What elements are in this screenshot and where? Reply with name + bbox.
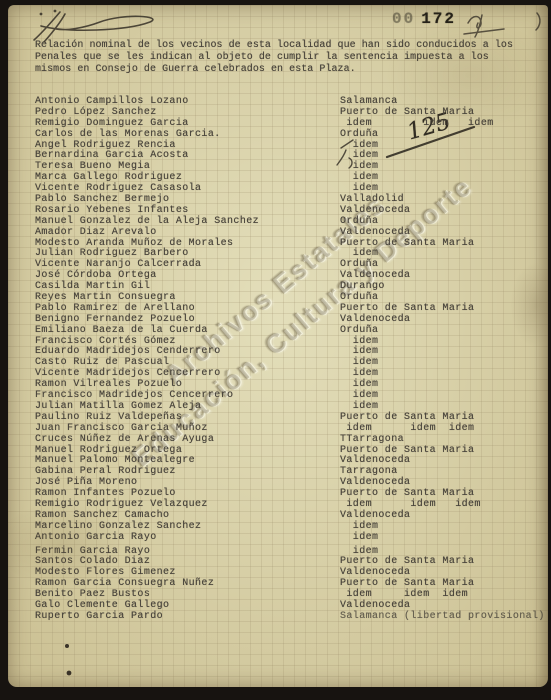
destination-prison: Puerto de Santa Maria: [340, 556, 474, 567]
prisoner-name: Ruperto Garcia Pardo: [35, 611, 163, 622]
prisoner-name: Manuel Rodriguez Ortega: [35, 445, 182, 456]
destination-prison: Valdenoceda: [340, 455, 410, 466]
prisoner-name: Teresa Bueno Megia: [35, 161, 150, 172]
destination-prison: Valladolid: [340, 194, 404, 205]
prisoner-row: Gabina Peral Rodriguez Tarragona: [35, 466, 542, 477]
prisoner-row: Modesto Aranda Muñoz de Morales Puerto d…: [35, 238, 542, 249]
prisoner-name: José Córdoba Ortega: [35, 270, 157, 281]
prisoner-row: José Piña Moreno Valdenoceda: [35, 477, 542, 488]
prisoner-row: Paulino Ruiz Valdepeñas Puerto de Santa …: [35, 412, 542, 423]
prisoner-row: Ramon Infantes Pozuelo Puerto de Santa M…: [35, 488, 542, 499]
prisoner-name: Gabina Peral Rodriguez: [35, 466, 176, 477]
destination-prison: Orduña: [340, 292, 378, 303]
ink-dots: [65, 644, 71, 675]
destination-prison: Durango: [340, 281, 385, 292]
prisoner-name: Francisco Cortés Gómez: [35, 336, 176, 347]
header-line-3: mismos en Consejo de Guerra celebrados e…: [35, 64, 540, 76]
prisoner-row: Marcelino Gonzalez Sanchez idem: [35, 521, 542, 532]
destination-prison: Valdenoceda: [340, 205, 410, 216]
destination-prison: idem idem idem: [340, 423, 474, 434]
destination-prison: idem: [340, 336, 378, 347]
prisoner-row: Julian Matilla Gomez Aleja idem: [35, 401, 542, 412]
header-line-2: Penales que se les indican al objeto de …: [35, 52, 540, 64]
prisoner-row: Manuel Rodriguez Ortega Puerto de Santa …: [35, 445, 542, 456]
destination-prison: Valdenoceda: [340, 227, 410, 238]
prisoner-row: Julian Rodriguez Barbero idem: [35, 248, 542, 259]
prisoner-row: Vicente Rodriguez Casasola idem: [35, 183, 542, 194]
prisoner-name: Casilda Martin Gil: [35, 281, 150, 292]
prisoner-row: Juan Francisco Garcia Muñoz idem idem id…: [35, 423, 542, 434]
prisoner-name: Vicente Madridejos Cencerrero: [35, 368, 221, 379]
prisoner-name: Pablo Ramirez de Arellano: [35, 303, 195, 314]
destination-prison: Puerto de Santa Maria: [340, 578, 474, 589]
prisoner-name: Emiliano Baeza de la Cuerda: [35, 325, 208, 336]
prisoner-row: Remigio Rodriguez Velazquez idem idem id…: [35, 499, 542, 510]
prisoner-name: Ramon Sanchez Camacho: [35, 510, 169, 521]
prisoner-row: Manuel Gonzalez de la Aleja Sanchez Ordu…: [35, 216, 542, 227]
prisoner-row: Casto Ruiz de Pascual idem: [35, 357, 542, 368]
scanned-document-page: Archivos Estatales Educación, Cultura y …: [8, 5, 548, 687]
destination-prison: Puerto de Santa Maria: [340, 445, 474, 456]
prisoner-name: Marca Gallego Rodriguez: [35, 172, 182, 183]
destination-prison: idem: [340, 401, 378, 412]
destination-prison: Orduña: [340, 216, 378, 227]
destination-prison: Puerto de Santa Maria: [340, 238, 474, 249]
header-line-1: Relación nominal de los vecinos de esta …: [35, 40, 540, 52]
prisoner-name: Carlos de las Morenas Garcia.: [35, 129, 221, 140]
prisoner-name: Ramon Garcia Consuegra Nuñez: [35, 578, 214, 589]
prisoner-row: Ramon Sanchez Camacho Valdenoceda: [35, 510, 542, 521]
destination-prison: idem: [340, 390, 378, 401]
destination-prison: idem: [340, 368, 378, 379]
prisoner-name: Antonio Campillos Lozano: [35, 96, 189, 107]
prisoner-row: Carlos de las Morenas Garcia. Orduña: [35, 129, 542, 140]
prisoner-name: Bernardina Garcia Acosta: [35, 150, 189, 161]
prisoner-name: Galo Clemente Gallego: [35, 600, 169, 611]
destination-prison: idem idem idem: [340, 118, 494, 129]
prisoner-row: Angel Rodriguez Rencia idem: [35, 140, 542, 151]
prisoner-row: Santos Colado Diaz Puerto de Santa Maria: [35, 556, 542, 567]
prisoner-row: Ramon Garcia Consuegra Nuñez Puerto de S…: [35, 578, 542, 589]
destination-prison: idem: [340, 183, 378, 194]
prisoner-row: Modesto Flores Gimenez Valdenoceda: [35, 567, 542, 578]
destination-prison: idem: [340, 521, 378, 532]
prisoner-name: Antonio Garcia Rayo: [35, 532, 157, 543]
prisoner-row: Pablo Ramirez de Arellano Puerto de Sant…: [35, 303, 542, 314]
prisoner-row: Reyes Martin Consuegra Orduña: [35, 292, 542, 303]
destination-prison: Orduña: [340, 259, 378, 270]
prisoner-name: Santos Colado Diaz: [35, 556, 150, 567]
prisoner-row: Vicente Naranjo Calcerrada Orduña: [35, 259, 542, 270]
destination-prison: TTarragona: [340, 434, 404, 445]
destination-prison: Puerto de Santa Maria: [340, 488, 474, 499]
destination-prison: idem: [340, 379, 378, 390]
prisoner-row: Francisco Madridejos Cencerrero idem: [35, 390, 542, 401]
destination-prison: Valdenoceda: [340, 270, 410, 281]
prisoner-name: Manuel Gonzalez de la Aleja Sanchez: [35, 216, 259, 227]
destination-prison: idem: [340, 150, 378, 161]
prisoner-name: Fermin Garcia Rayo: [35, 546, 150, 557]
prisoner-row: Antonio Garcia Rayo idem: [35, 532, 542, 543]
prisoner-row: Pablo Sanchez Bermejo Valladolid: [35, 194, 542, 205]
prisoner-row: Eduardo Madridejos Cenderrero idem: [35, 346, 542, 357]
prisoner-row: Antonio Campillos Lozano Salamanca: [35, 96, 542, 107]
destination-prison: Valdenoceda: [340, 477, 410, 488]
prisoner-row: Remigio Dominguez Garcia idem idem idem: [35, 118, 542, 129]
prisoner-row: Cruces Núñez de Arenas Ayuga TTarragona: [35, 434, 542, 445]
prisoner-name: José Piña Moreno: [35, 477, 137, 488]
destination-prison: Valdenoceda: [340, 314, 410, 325]
destination-prison: Tarragona: [340, 466, 398, 477]
destination-prison: idem: [340, 532, 378, 543]
prisoner-name: Benito Paez Bustos: [35, 589, 150, 600]
folio-number-stamp: 00172: [392, 10, 456, 28]
prisoner-row: Emiliano Baeza de la Cuerda Orduña: [35, 325, 542, 336]
prisoner-list: Antonio Campillos Lozano Salamanca Pedro…: [35, 96, 542, 622]
prisoner-name: Manuel Palomo Montealegre: [35, 455, 195, 466]
prisoner-name: Francisco Madridejos Cencerrero: [35, 390, 233, 401]
prisoner-row: Amador Diaz Arevalo Valdenoceda: [35, 227, 542, 238]
corner-flourish-scribble: [34, 10, 153, 42]
prisoner-row: Bernardina Garcia Acosta idem: [35, 150, 542, 161]
prisoner-name: Pedro López Sanchez: [35, 107, 157, 118]
prisoner-name: Ramon Vilreales Pozuelo: [35, 379, 182, 390]
prisoner-name: Paulino Ruiz Valdepeñas: [35, 412, 182, 423]
prisoner-name: Eduardo Madridejos Cenderrero: [35, 346, 221, 357]
destination-prison: idem: [340, 546, 378, 557]
prisoner-row: Manuel Palomo Montealegre Valdenoceda: [35, 455, 542, 466]
prisoner-row: Teresa Bueno Megia idem: [35, 161, 542, 172]
destination-prison: Valdenoceda: [340, 600, 410, 611]
prisoner-name: Juan Francisco Garcia Muñoz: [35, 423, 208, 434]
prisoner-row: Benigno Fernandez Pozuelo Valdenoceda: [35, 314, 542, 325]
destination-prison: Salamanca: [340, 96, 398, 107]
prisoner-row: Francisco Cortés Gómez idem: [35, 336, 542, 347]
prisoner-name: Remigio Rodriguez Velazquez: [35, 499, 208, 510]
prisoner-name: Vicente Naranjo Calcerrada: [35, 259, 201, 270]
destination-prison: Puerto de Santa Maria: [340, 412, 474, 423]
prisoner-name: Rosario Yebenes Infantes: [35, 205, 189, 216]
destination-prison: idem: [340, 357, 378, 368]
prisoner-name: Amador Diaz Arevalo: [35, 227, 157, 238]
prisoner-name: Angel Rodriguez Rencia: [35, 140, 176, 151]
prisoner-name: Ramon Infantes Pozuelo: [35, 488, 176, 499]
destination-prison: Salamanca (libertad provisional): [340, 611, 545, 622]
destination-prison: idem idem idem: [340, 499, 481, 510]
prisoner-row: Galo Clemente Gallego Valdenoceda: [35, 600, 542, 611]
prisoner-name: Julian Matilla Gomez Aleja: [35, 401, 201, 412]
destination-prison: idem: [340, 172, 378, 183]
destination-prison: idem: [340, 346, 378, 357]
prisoner-row: Fermin Garcia Rayo idem: [35, 546, 542, 557]
prisoner-name: Marcelino Gonzalez Sanchez: [35, 521, 201, 532]
prisoner-row: Casilda Martin Gil Durango: [35, 281, 542, 292]
prisoner-name: Reyes Martin Consuegra: [35, 292, 176, 303]
prisoner-row: José Córdoba Ortega Valdenoceda: [35, 270, 542, 281]
destination-prison: Valdenoceda: [340, 567, 410, 578]
prisoner-name: Pablo Sanchez Bermejo: [35, 194, 169, 205]
prisoner-row: Benito Paez Bustos idem idem idem: [35, 589, 542, 600]
prisoner-name: Remigio Dominguez Garcia: [35, 118, 189, 129]
prisoner-name: Julian Rodriguez Barbero: [35, 248, 189, 259]
prisoner-row: Ruperto Garcia Pardo Salamanca (libertad…: [35, 611, 542, 622]
prisoner-row: Marca Gallego Rodriguez idem: [35, 172, 542, 183]
document-header-paragraph: Relación nominal de los vecinos de esta …: [35, 40, 540, 77]
stamp-side-scribble: [464, 13, 540, 37]
prisoner-name: Benigno Fernandez Pozuelo: [35, 314, 195, 325]
destination-prison: idem: [340, 248, 378, 259]
destination-prison: Orduña: [340, 325, 378, 336]
destination-prison: Puerto de Santa Maria: [340, 303, 474, 314]
destination-prison: idem: [340, 140, 378, 151]
prisoner-name: Modesto Flores Gimenez: [35, 567, 176, 578]
destination-prison: idem: [340, 161, 378, 172]
stamp-number: 172: [421, 10, 456, 28]
prisoner-row: Ramon Vilreales Pozuelo idem: [35, 379, 542, 390]
destination-prison: Puerto de Santa Maria: [340, 107, 474, 118]
prisoner-row: Rosario Yebenes Infantes Valdenoceda: [35, 205, 542, 216]
destination-prison: idem idem idem: [340, 589, 468, 600]
prisoner-name: Modesto Aranda Muñoz de Morales: [35, 238, 233, 249]
stamp-prefix: 00: [392, 10, 415, 28]
prisoner-name: Vicente Rodriguez Casasola: [35, 183, 201, 194]
prisoner-row: Vicente Madridejos Cencerrero idem: [35, 368, 542, 379]
prisoner-name: Casto Ruiz de Pascual: [35, 357, 169, 368]
destination-prison: Valdenoceda: [340, 510, 410, 521]
destination-prison: Orduña: [340, 129, 378, 140]
prisoner-name: Cruces Núñez de Arenas Ayuga: [35, 434, 214, 445]
prisoner-row: Pedro López Sanchez Puerto de Santa Mari…: [35, 107, 542, 118]
